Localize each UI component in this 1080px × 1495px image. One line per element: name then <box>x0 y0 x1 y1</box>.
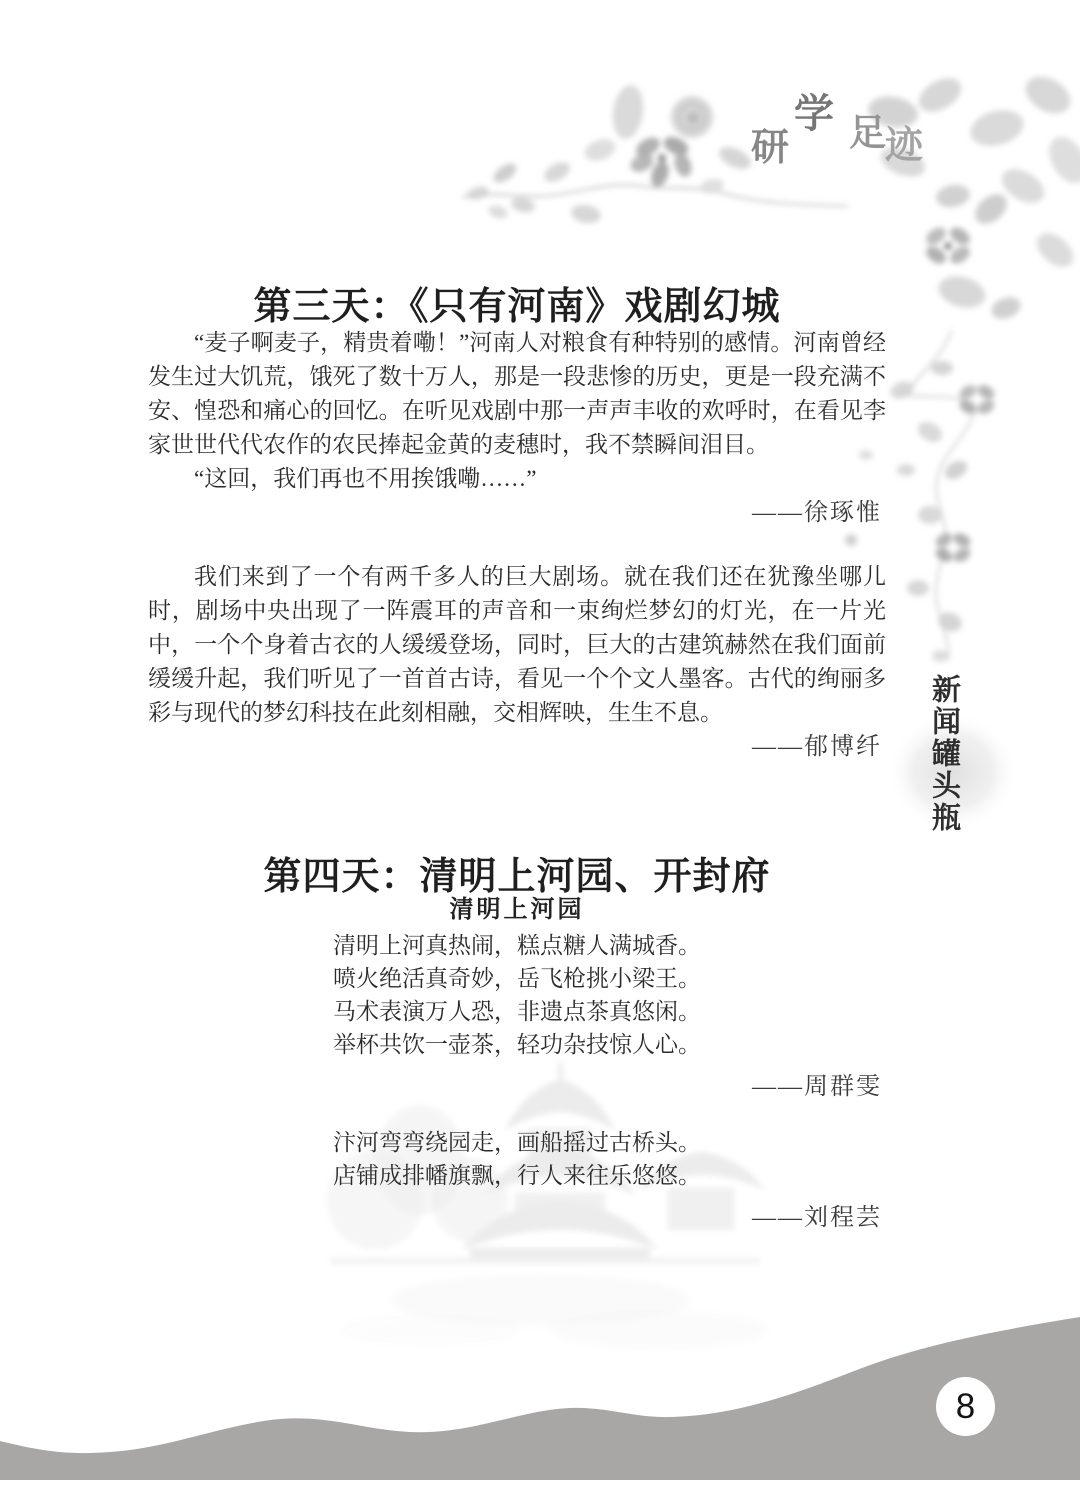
poem-1-line-3: 马术表演万人恐，非遗点茶真悠闲。 <box>148 995 886 1028</box>
flower-garland <box>462 83 848 225</box>
vine-flower-1 <box>957 382 997 416</box>
poem-1-author: ——周群雯 <box>148 1071 886 1104</box>
corner-flower-cluster <box>866 69 1080 322</box>
masthead-char-2: 学 <box>794 82 834 139</box>
day4-poem-2: 汴河弯弯绕园走，画船摇过古桥头。 店铺成排幡旗飘，行人来往乐悠悠。 ——刘程芸 <box>148 1126 886 1235</box>
masthead-char-4: 迹 <box>885 114 923 169</box>
bottom-wave <box>0 1317 1080 1480</box>
vine-flower-2 <box>933 530 973 564</box>
day3-essay-2: 我们来到了一个有两千多人的巨大剧场。就在我们还在犹豫坐哪儿时，剧场中央出现了一阵… <box>148 560 886 764</box>
five-petal-flower <box>628 133 695 189</box>
page-number: 8 <box>956 1387 975 1427</box>
poem-2-line-1: 汴河弯弯绕园走，画船摇过古桥头。 <box>148 1126 886 1159</box>
day3-essay-1-author: ——徐琢惟 <box>148 496 886 530</box>
poem-2-line-2: 店铺成排幡旗飘，行人来往乐悠悠。 <box>148 1159 886 1192</box>
masthead-char-1: 研 <box>751 116 789 171</box>
poem-1-line-4: 举杯共饮一壶茶，轻功杂技惊人心。 <box>148 1028 886 1061</box>
four-petal-flower <box>923 224 973 267</box>
poem-1-line-2: 喷火绝活真奇妙，岳飞枪挑小梁王。 <box>148 962 886 995</box>
day3-essay-2-paragraph-1: 我们来到了一个有两千多人的巨大剧场。就在我们还在犹豫坐哪儿时，剧场中央出现了一阵… <box>148 560 886 730</box>
poem-1-line-1: 清明上河真热闹，糕点糖人满城香。 <box>148 929 886 962</box>
day3-essay-2-author: ——郁博纤 <box>148 730 886 764</box>
magazine-page: 研 学 足 迹 第三天：《只有河南》戏剧幻城 “麦子啊麦子，精贵着嘞！”河南人对… <box>0 0 1080 1495</box>
rose-bloom <box>671 96 713 138</box>
poem-2-author: ——刘程芸 <box>148 1202 886 1235</box>
day3-essay-1: “麦子啊麦子，精贵着嘞！”河南人对粮食有种特别的感情。河南曾经发生过大饥荒，饿死… <box>148 326 886 530</box>
day3-heading: 第三天：《只有河南》戏剧幻城 <box>148 275 886 330</box>
masthead-char-3: 足 <box>849 102 886 156</box>
day3-essay-1-paragraph-1: “麦子啊麦子，精贵着嘞！”河南人对粮食有种特别的感情。河南曾经发生过大饥荒，饿死… <box>148 326 886 462</box>
day4-poem-1: 清明上河园 清明上河真热闹，糕点糖人满城香。 喷火绝活真奇妙，岳飞枪挑小梁王。 … <box>148 891 886 1104</box>
day3-essay-1-paragraph-2: “这回，我们再也不用挨饿嘞……” <box>148 462 886 496</box>
page-number-badge: 8 <box>936 1377 995 1436</box>
column-vertical-label: 新闻罐头瓶 <box>924 674 965 834</box>
poem-1-title: 清明上河园 <box>148 891 886 929</box>
